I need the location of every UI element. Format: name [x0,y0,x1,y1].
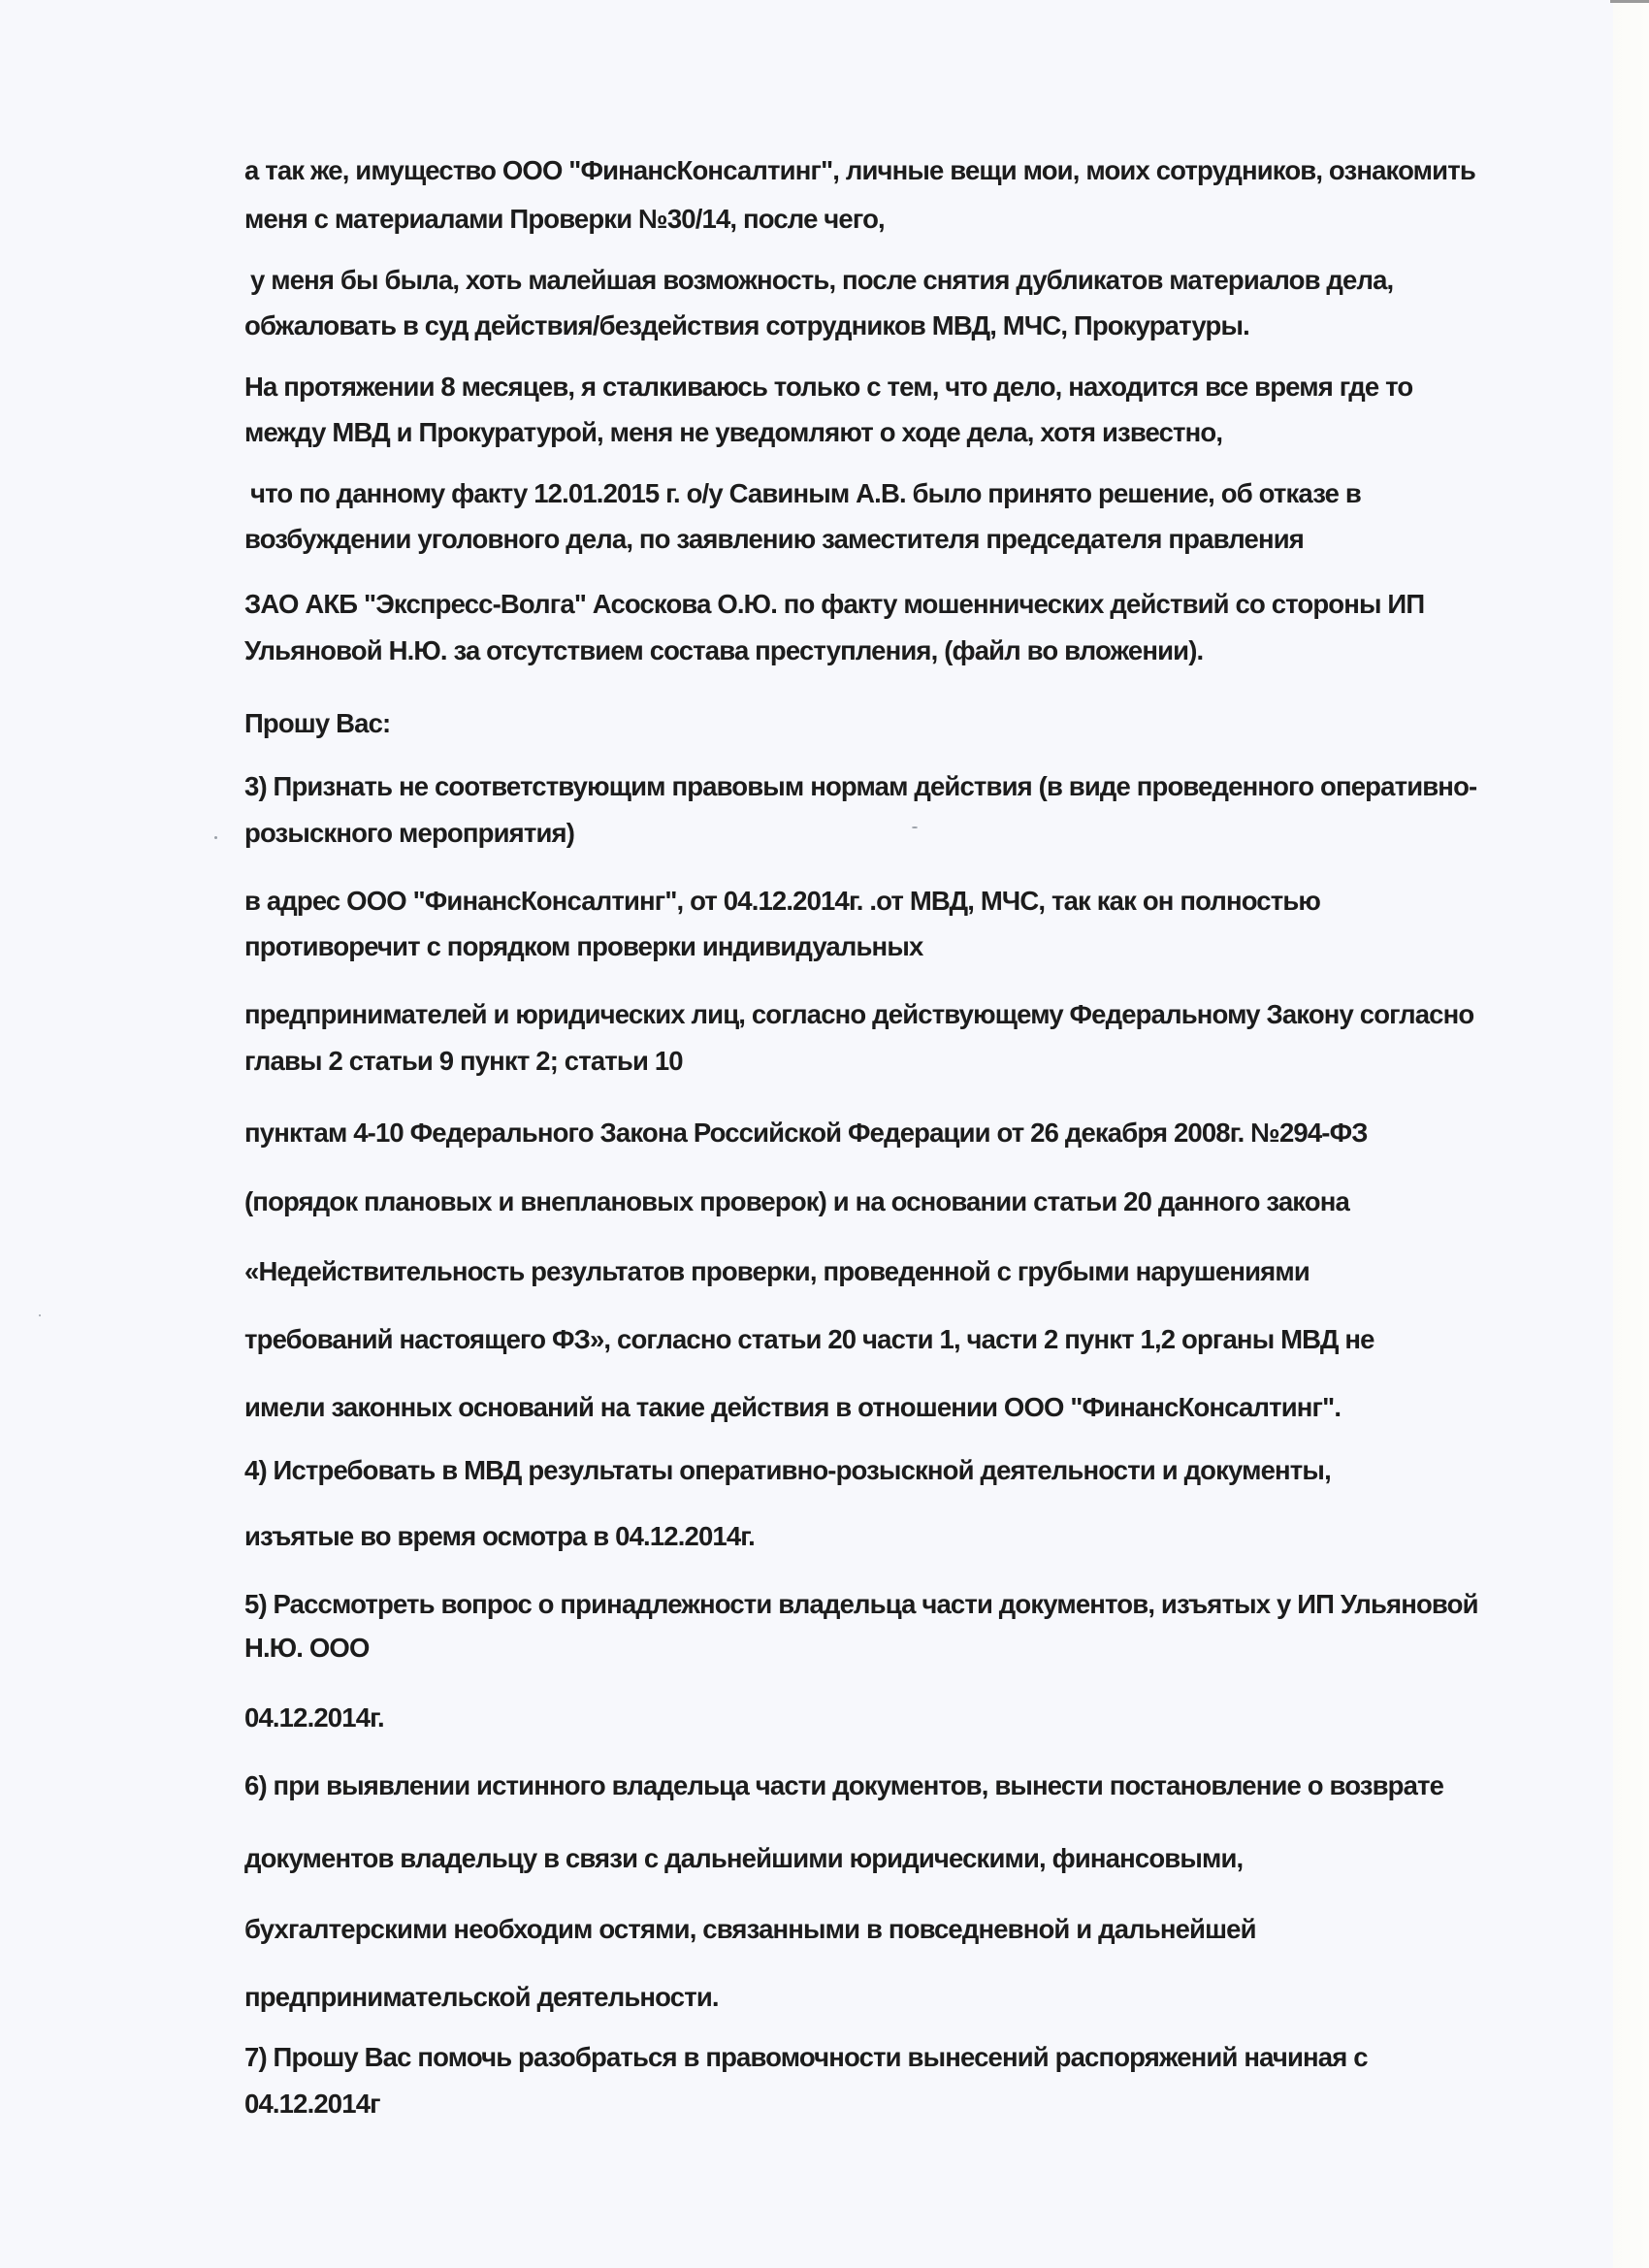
text-line: На протяжении 8 месяцев, я сталкиваюсь т… [244,372,1412,403]
text-line: бухгалтерскими необходим остями, связанн… [244,1914,1256,1945]
scan-speck [912,826,918,828]
list-item-5: 5) Рассмотреть вопрос о принадлежности в… [244,1589,1478,1620]
list-item-4: 4) Истребовать в МВД результаты оператив… [244,1455,1331,1486]
text-line: (порядок плановых и внеплановых проверок… [244,1186,1349,1217]
list-item-3: 3) Признать не соответствующим правовым … [244,771,1476,802]
text-line: между МВД и Прокуратурой, меня не уведом… [244,417,1222,448]
text-line: у меня бы была, хоть малейшая возможност… [250,265,1393,296]
page-edge [1613,0,1649,2268]
text-line: 04.12.2014г [244,2089,380,2120]
text-line: в адрес ООО "ФинансКонсалтинг", от 04.12… [244,886,1320,917]
text-line: возбуждении уголовного дела, по заявлени… [244,524,1304,555]
text-line: Н.Ю. ООО [244,1633,370,1664]
text-line: противоречит с порядком проверки индивид… [244,931,922,962]
text-line: изъятые во время осмотра в 04.12.2014г. [244,1521,755,1552]
section-heading: Прошу Вас: [244,708,390,739]
text-line: розыскного мероприятия) [244,818,574,849]
text-line: Ульяновой Н.Ю. за отсутствием состава пр… [244,635,1203,666]
scan-speck [214,836,217,839]
text-line: а так же, имущество ООО "ФинансКонсалтин… [244,155,1475,186]
text-line: имели законных оснований на такие действ… [244,1392,1341,1423]
text-line: предпринимателей и юридических лиц, согл… [244,999,1473,1030]
text-line: требований настоящего ФЗ», согласно стат… [244,1324,1374,1355]
list-item-7: 7) Прошу Вас помочь разобраться в правом… [244,2042,1368,2073]
text-line: что по данному факту 12.01.2015 г. о/у С… [250,478,1361,509]
list-item-6: 6) при выявлении истинного владельца час… [244,1770,1443,1801]
text-line: ЗАО АКБ "Экспресс-Волга" Асоскова О.Ю. п… [244,589,1424,620]
text-line: обжаловать в суд действия/бездействия со… [244,310,1249,341]
scan-speck [39,1314,41,1316]
text-line: предпринимательской деятельности. [244,1982,719,2013]
text-line: документов владельцу в связи с дальнейши… [244,1843,1243,1874]
text-line: пунктам 4-10 Федерального Закона Российс… [244,1118,1368,1149]
text-line: меня с материалами Проверки №30/14, посл… [244,204,885,235]
text-line: «Недействительность результатов проверки… [244,1256,1309,1287]
text-line: 04.12.2014г. [244,1702,384,1733]
text-line: главы 2 статьи 9 пункт 2; статьи 10 [244,1046,683,1077]
scan-corner-shadow [1610,0,1649,3]
